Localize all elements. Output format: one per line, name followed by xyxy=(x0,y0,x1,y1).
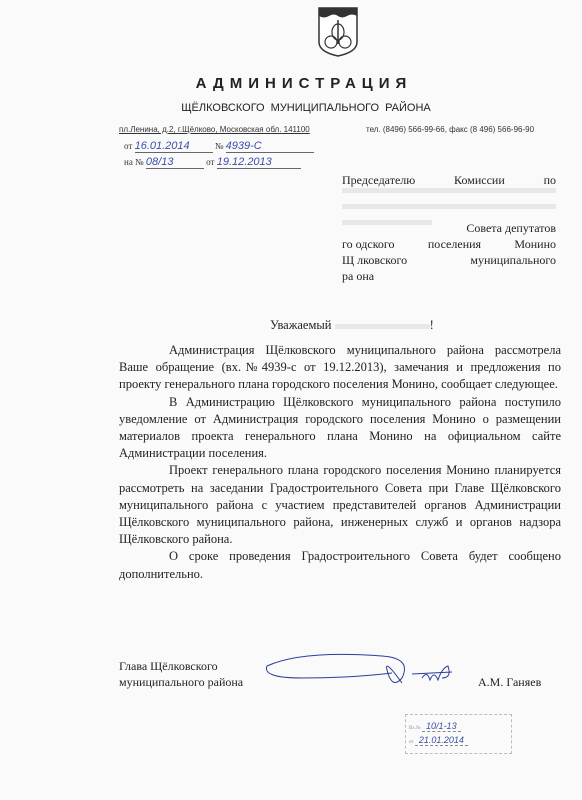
outgoing-reference: от 16.01.2014 № 4939-С xyxy=(124,140,314,153)
redacted-name xyxy=(335,324,430,329)
recipient-word: поселения xyxy=(428,236,481,252)
phone-fax: тел. (8496) 566-99-66, факс (8 496) 566-… xyxy=(366,125,534,134)
redacted-text xyxy=(342,204,556,209)
redacted-text xyxy=(342,220,432,225)
recipient-block: ПредседателюКомиссиипо Совета депутатов … xyxy=(342,172,556,284)
outgoing-date: 16.01.2014 xyxy=(135,140,213,153)
paragraph: О сроке проведения Градостроительного Со… xyxy=(119,548,561,582)
letter-page: АДМИНИСТРАЦИЯ ЩЁЛКОВСКОГО МУНИЦИПАЛЬНОГО… xyxy=(0,0,582,800)
signer-name: А.М. Ганяев xyxy=(478,675,541,690)
org-subtitle: ЩЁЛКОВСКОГО МУНИЦИПАЛЬНОГО РАЙОНА xyxy=(0,102,582,114)
recipient-word: Монино xyxy=(514,236,556,252)
reply-to-date: 19.12.2013 xyxy=(217,156,301,169)
address-line: пл.Ленина, д.2, г.Щёлково, Московская об… xyxy=(119,125,582,134)
recipient-word: по xyxy=(544,172,556,188)
greeting-punct: ! xyxy=(430,318,434,332)
paragraph: Проект генерального плана городского пос… xyxy=(119,462,561,548)
handwritten-signature-icon xyxy=(262,648,462,698)
position-line: муниципального района xyxy=(119,674,243,690)
recipient-word: муниципального xyxy=(470,252,556,268)
greeting-word: Уважаемый xyxy=(270,318,331,332)
org-title: АДМИНИСТРАЦИЯ xyxy=(0,75,582,92)
address: пл.Ленина, д.2, г.Щёлково, Московская об… xyxy=(119,125,310,134)
recipient-word: Совета депутатов xyxy=(466,220,556,236)
position-line: Глава Щёлковского xyxy=(119,658,243,674)
stamp-number-label: Вх.№ xyxy=(409,726,421,731)
stamp-date-label: от xyxy=(409,740,414,745)
reply-to-label: на № xyxy=(124,157,144,167)
paragraph: В Администрацию Щёлковского муниципально… xyxy=(119,394,561,463)
recipient-word: Председателю xyxy=(342,172,415,188)
number-label: № xyxy=(215,141,224,151)
stamp-number: 10/1-13 xyxy=(422,721,461,732)
stamp-date: 21.01.2014 xyxy=(415,735,468,746)
registration-stamp: Вх.№ 10/1-13 от 21.01.2014 xyxy=(405,714,512,754)
coat-of-arms-icon xyxy=(317,6,359,58)
incoming-reference: на № 08/13 от 19.12.2013 xyxy=(124,156,301,169)
greeting: Уважаемый ! xyxy=(270,318,434,333)
from-label: от xyxy=(124,141,132,151)
paragraph: Администрация Щёлковского муниципального… xyxy=(119,342,561,394)
letter-body: Администрация Щёлковского муниципального… xyxy=(119,342,561,583)
recipient-word: Щ лковского xyxy=(342,252,407,268)
recipient-word: ра она xyxy=(342,268,374,284)
outgoing-number: 4939-С xyxy=(226,140,314,153)
reply-to-from-label: от xyxy=(206,157,214,167)
redacted-text xyxy=(342,188,556,193)
recipient-word: Комиссии xyxy=(454,172,505,188)
signer-position: Глава Щёлковского муниципального района xyxy=(119,658,243,690)
recipient-word: го одского xyxy=(342,236,395,252)
reply-to-number: 08/13 xyxy=(146,156,204,169)
